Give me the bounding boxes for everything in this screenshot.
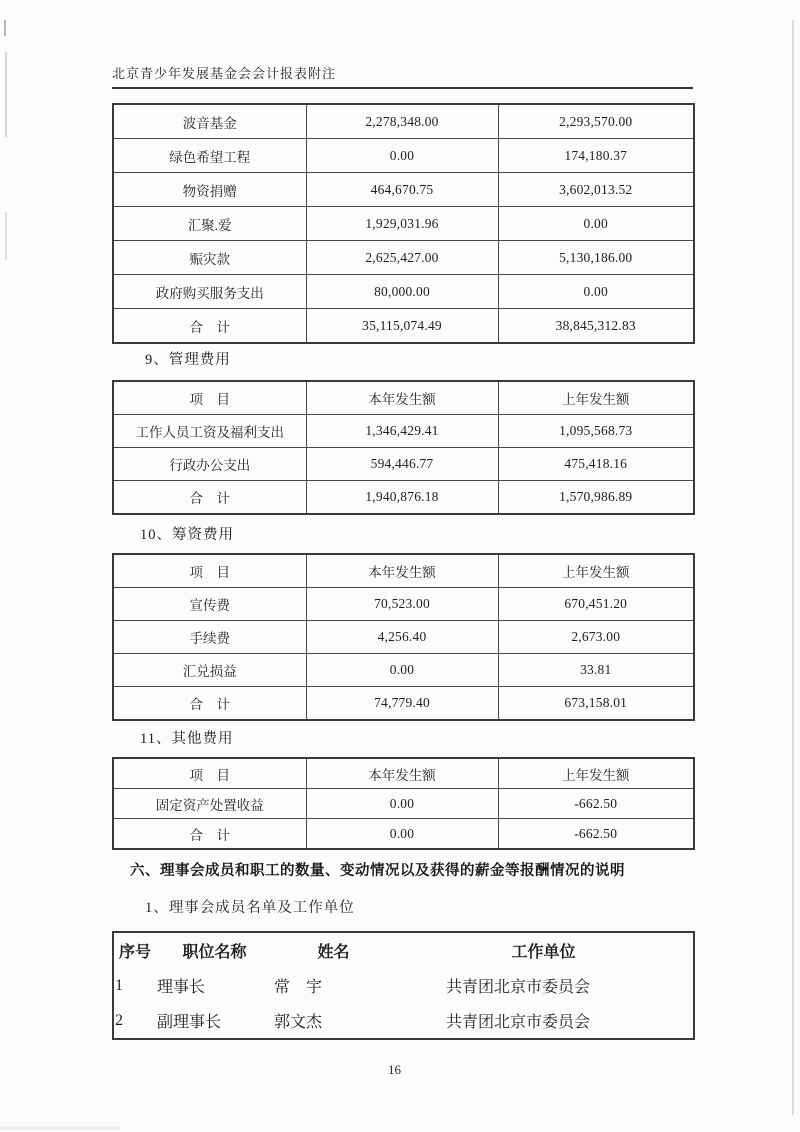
prior-year-cell: 1,095,568.73	[498, 415, 694, 448]
prior-year-cell: 673,158.01	[498, 687, 694, 721]
table-row: 绿色希望工程 0.00 174,180.37	[113, 139, 694, 173]
section-heading-fundraising: 10、筹资费用	[140, 523, 440, 544]
employer-header: 工作单位	[394, 932, 694, 968]
employer-cell: 共青团北京市委员会	[394, 968, 694, 1003]
position-header: 职位名称	[156, 932, 273, 968]
current-year-cell: 0.00	[306, 654, 498, 687]
table-row: 手续费 4,256.40 2,673.00	[113, 621, 694, 654]
prior-year-cell: 670,451.20	[498, 588, 694, 621]
item-cell: 行政办公支出	[113, 448, 306, 481]
scan-edge-right	[792, 20, 794, 1115]
name-header: 姓名	[273, 932, 394, 968]
item-cell: 汇兑损益	[113, 654, 306, 687]
table-header-row: 项 目 本年发生额 上年发生额	[113, 758, 694, 789]
header-rule	[112, 87, 693, 89]
position-cell: 理事长	[156, 968, 273, 1003]
prior-year-cell: 2,293,570.00	[498, 104, 694, 139]
section-heading-other-expense: 11、其他费用	[140, 727, 440, 748]
document-page: 北京青少年发展基金会会计报表附注 波音基金 2,278,348.00 2,293…	[0, 0, 800, 1132]
name-cell: 郭文杰	[273, 1003, 394, 1039]
seq-header: 序号	[113, 932, 156, 968]
table-row: 行政办公支出 594,446.77 475,418.16	[113, 448, 694, 481]
current-year-cell: 0.00	[306, 789, 498, 819]
prior-year-cell: -662.50	[498, 789, 694, 819]
scan-edge-left	[5, 52, 7, 137]
current-year-cell: 464,670.75	[306, 173, 498, 207]
item-cell: 赈灾款	[113, 241, 306, 275]
seq-cell: 2	[113, 1003, 156, 1039]
section-heading-management: 9、管理费用	[145, 348, 445, 369]
table-row: 政府购买服务支出 80,000.00 0.00	[113, 275, 694, 309]
current-year-cell: 35,115,074.49	[306, 309, 498, 344]
prior-year-cell: 475,418.16	[498, 448, 694, 481]
table-row: 汇聚.爱 1,929,031.96 0.00	[113, 207, 694, 241]
prior-year-cell: 33.81	[498, 654, 694, 687]
page-number: 16	[388, 1062, 401, 1078]
scan-edge-left	[4, 20, 6, 36]
item-cell: 政府购买服务支出	[113, 275, 306, 309]
table-row: 宣传费 70,523.00 670,451.20	[113, 588, 694, 621]
prior-year-cell: 0.00	[498, 207, 694, 241]
management-expense-table: 项 目 本年发生额 上年发生额 工作人员工资及福利支出 1,346,429.41…	[112, 380, 695, 515]
current-year-cell: 80,000.00	[306, 275, 498, 309]
item-cell: 合 计	[113, 481, 306, 515]
current-year-cell: 74,779.40	[306, 687, 498, 721]
table-total-row: 合 计 74,779.40 673,158.01	[113, 687, 694, 721]
scan-edge-left	[5, 212, 7, 260]
current-year-cell: 0.00	[306, 819, 498, 850]
current-year-header: 本年发生额	[306, 554, 498, 588]
prior-year-cell: 2,673.00	[498, 621, 694, 654]
table-row: 固定资产处置收益 0.00 -662.50	[113, 789, 694, 819]
prior-year-cell: 0.00	[498, 275, 694, 309]
table-row: 1 理事长 常 宇 共青团北京市委员会	[113, 968, 694, 1003]
item-cell: 固定资产处置收益	[113, 789, 306, 819]
item-cell: 宣传费	[113, 588, 306, 621]
item-cell: 合 计	[113, 687, 306, 721]
prior-year-cell: -662.50	[498, 819, 694, 850]
item-cell: 物资捐赠	[113, 173, 306, 207]
current-year-cell: 1,940,876.18	[306, 481, 498, 515]
table-row: 波音基金 2,278,348.00 2,293,570.00	[113, 104, 694, 139]
seq-cell: 1	[113, 968, 156, 1003]
prior-year-cell: 3,602,013.52	[498, 173, 694, 207]
table-row: 物资捐赠 464,670.75 3,602,013.52	[113, 173, 694, 207]
current-year-header: 本年发生额	[306, 381, 498, 415]
table-row: 2 副理事长 郭文杰 共青团北京市委员会	[113, 1003, 694, 1039]
prior-year-cell: 38,845,312.83	[498, 309, 694, 344]
prior-year-cell: 1,570,986.89	[498, 481, 694, 515]
current-year-cell: 4,256.40	[306, 621, 498, 654]
subsection-heading-council-list: 1、理事会成员名单及工作单位	[145, 896, 545, 917]
table-total-row: 合 计 35,115,074.49 38,845,312.83	[113, 309, 694, 344]
section-heading-council: 六、理事会成员和职工的数量、变动情况以及获得的薪金等报酬情况的说明	[130, 859, 730, 880]
employer-cell: 共青团北京市委员会	[394, 1003, 694, 1039]
table-total-row: 合 计 0.00 -662.50	[113, 819, 694, 850]
item-cell: 绿色希望工程	[113, 139, 306, 173]
item-header: 项 目	[113, 381, 306, 415]
item-cell: 合 计	[113, 309, 306, 344]
current-year-cell: 1,346,429.41	[306, 415, 498, 448]
current-year-cell: 0.00	[306, 139, 498, 173]
current-year-cell: 594,446.77	[306, 448, 498, 481]
name-cell: 常 宇	[273, 968, 394, 1003]
item-cell: 波音基金	[113, 104, 306, 139]
prior-year-header: 上年发生额	[498, 381, 694, 415]
item-cell: 工作人员工资及福利支出	[113, 415, 306, 448]
prior-year-cell: 174,180.37	[498, 139, 694, 173]
current-year-cell: 70,523.00	[306, 588, 498, 621]
council-members-table: 序号 职位名称 姓名 工作单位 1 理事长 常 宇 共青团北京市委员会 2 副理…	[112, 931, 695, 1040]
item-cell: 汇聚.爱	[113, 207, 306, 241]
fundraising-expense-table: 项 目 本年发生额 上年发生额 宣传费 70,523.00 670,451.20…	[112, 553, 695, 721]
item-cell: 手续费	[113, 621, 306, 654]
item-header: 项 目	[113, 758, 306, 789]
document-header-title: 北京青少年发展基金会会计报表附注	[112, 63, 692, 82]
item-header: 项 目	[113, 554, 306, 588]
prior-year-header: 上年发生额	[498, 554, 694, 588]
position-cell: 副理事长	[156, 1003, 273, 1039]
other-expense-table: 项 目 本年发生额 上年发生额 固定资产处置收益 0.00 -662.50 合 …	[112, 757, 695, 850]
scan-edge-bottom	[0, 1126, 120, 1130]
expense-continuation-table: 波音基金 2,278,348.00 2,293,570.00 绿色希望工程 0.…	[112, 103, 695, 344]
current-year-cell: 2,278,348.00	[306, 104, 498, 139]
prior-year-cell: 5,130,186.00	[498, 241, 694, 275]
table-row: 工作人员工资及福利支出 1,346,429.41 1,095,568.73	[113, 415, 694, 448]
table-header-row: 项 目 本年发生额 上年发生额	[113, 554, 694, 588]
table-row: 赈灾款 2,625,427.00 5,130,186.00	[113, 241, 694, 275]
table-header-row: 项 目 本年发生额 上年发生额	[113, 381, 694, 415]
table-total-row: 合 计 1,940,876.18 1,570,986.89	[113, 481, 694, 515]
prior-year-header: 上年发生额	[498, 758, 694, 789]
table-header-row: 序号 职位名称 姓名 工作单位	[113, 932, 694, 968]
current-year-cell: 2,625,427.00	[306, 241, 498, 275]
current-year-cell: 1,929,031.96	[306, 207, 498, 241]
item-cell: 合 计	[113, 819, 306, 850]
current-year-header: 本年发生额	[306, 758, 498, 789]
table-row: 汇兑损益 0.00 33.81	[113, 654, 694, 687]
